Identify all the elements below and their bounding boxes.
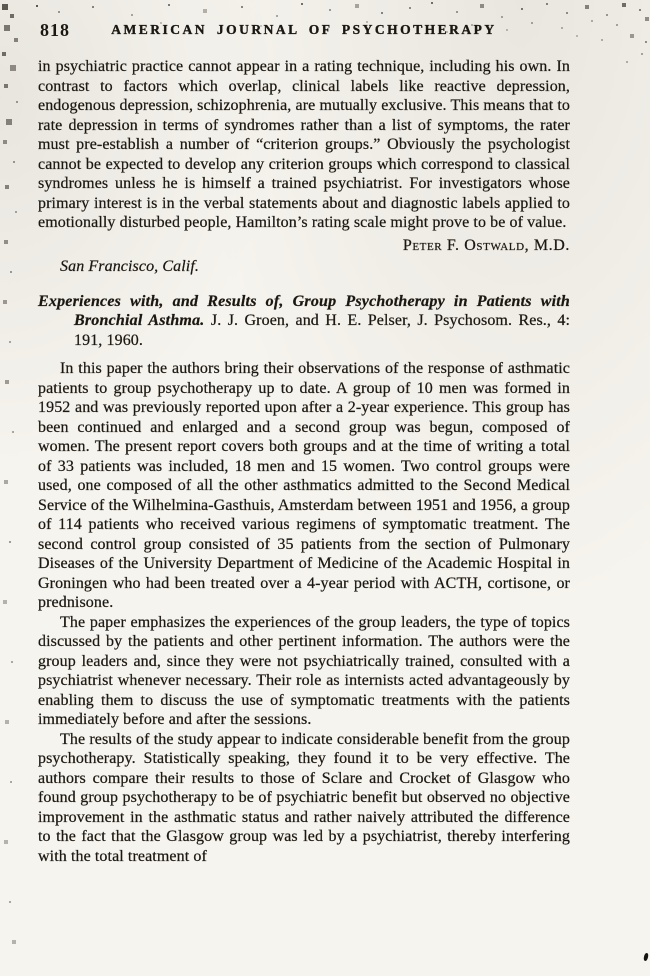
reviewer-signature: Peter F. Ostwald, M.D. bbox=[38, 236, 570, 256]
letter-body-paragraph: in psychiatric practice cannot appear in… bbox=[38, 57, 570, 233]
running-header: 818 AMERICAN JOURNAL OF PSYCHOTHERAPY bbox=[38, 20, 570, 42]
scanned-journal-page: 818 AMERICAN JOURNAL OF PSYCHOTHERAPY in… bbox=[0, 0, 650, 976]
journal-title: AMERICAN JOURNAL OF PSYCHOTHERAPY bbox=[38, 22, 570, 38]
scan-artifact-bottom-right bbox=[643, 953, 649, 962]
review-paragraph-3: The results of the study appear to indic… bbox=[38, 730, 570, 867]
scan-noise-left-edge bbox=[0, 0, 2, 2]
reviewer-location: San Francisco, Calif. bbox=[38, 257, 570, 277]
review-paragraph-2: The paper emphasizes the experiences of … bbox=[38, 613, 570, 730]
article-review-heading: Experiences with, and Results of, Group … bbox=[38, 292, 570, 351]
page-content: 818 AMERICAN JOURNAL OF PSYCHOTHERAPY in… bbox=[38, 20, 570, 866]
review-body: In this paper the authors bring their ob… bbox=[38, 359, 570, 866]
review-paragraph-1: In this paper the authors bring their ob… bbox=[38, 359, 570, 613]
